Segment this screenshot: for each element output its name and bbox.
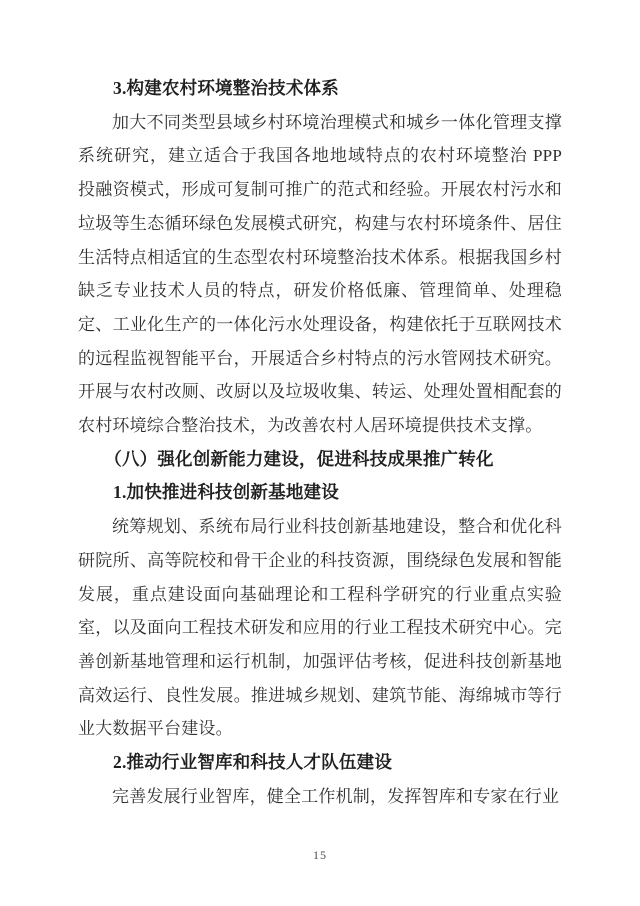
section-heading: 2.推动行业智库和科技人才队伍建设 xyxy=(78,746,562,780)
section-heading: 1.加快推进科技创新基地建设 xyxy=(78,476,562,510)
paragraph: 加大不同类型县域乡村环境治理模式和城乡一体化管理支撑系统研究，建立适合于我国各地… xyxy=(78,106,562,443)
paragraph: 完善发展行业智库，健全工作机制，发挥智库和专家在行业 xyxy=(78,780,562,814)
paragraph: 统筹规划、系统布局行业科技创新基地建设，整合和优化科研院所、高等院校和骨干企业的… xyxy=(78,510,562,746)
document-body: 3.构建农村环境整治技术体系加大不同类型县域乡村环境治理模式和城乡一体化管理支撑… xyxy=(78,72,562,813)
document-page: 3.构建农村环境整治技术体系加大不同类型县域乡村环境治理模式和城乡一体化管理支撑… xyxy=(0,0,640,906)
section-heading: 3.构建农村环境整治技术体系 xyxy=(78,72,562,106)
page-number: 15 xyxy=(0,848,640,863)
section-heading: （八）强化创新能力建设，促进科技成果推广转化 xyxy=(78,443,562,477)
